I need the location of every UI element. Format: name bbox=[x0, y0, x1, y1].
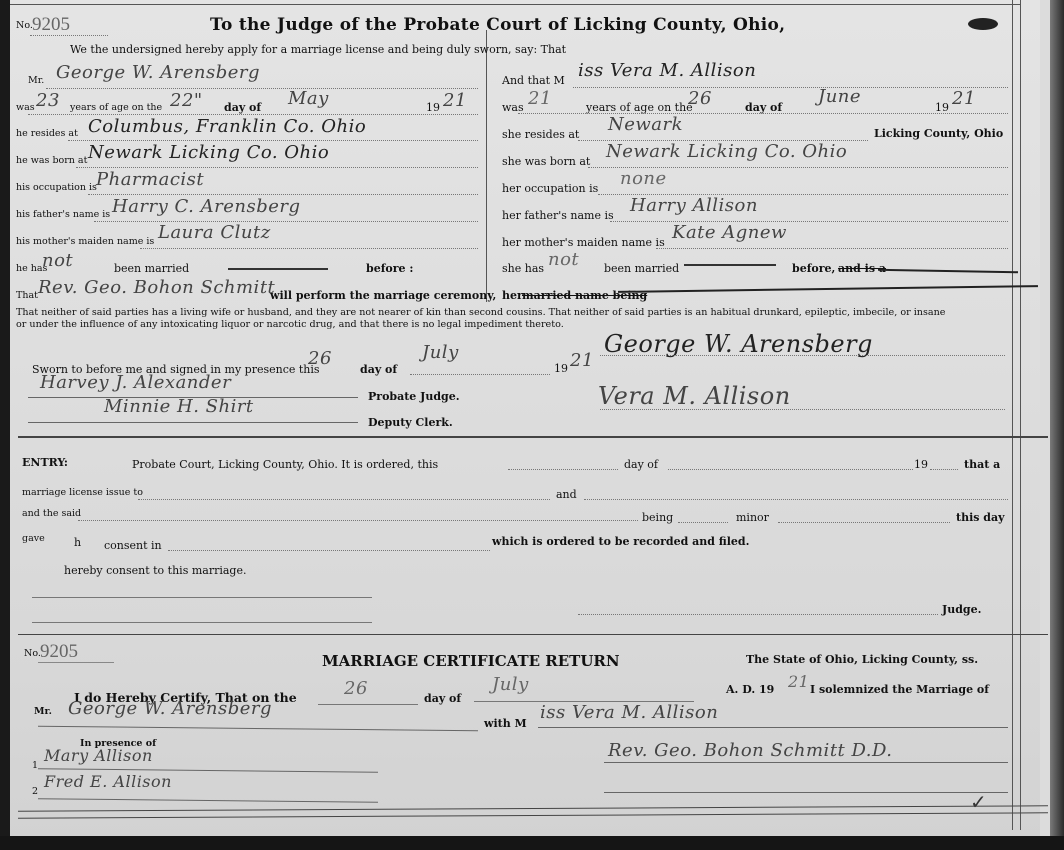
groom-day: 22" bbox=[170, 90, 203, 111]
judge-signature: Harvey J. Alexander bbox=[40, 372, 231, 393]
bride-mother: Kate Agnew bbox=[672, 222, 787, 243]
bride-residence: Newark bbox=[608, 114, 683, 135]
certificate-day: 26 bbox=[344, 678, 368, 699]
groom-prefix: Mr. bbox=[28, 75, 44, 86]
officiant-name: Rev. Geo. Bohon Schmitt bbox=[38, 277, 275, 298]
entry-line1-b: day of bbox=[624, 458, 658, 471]
page-edge-shadow bbox=[1050, 0, 1064, 850]
witness-2-name: Fred E. Allison bbox=[44, 772, 172, 791]
bride-occupation: none bbox=[620, 168, 667, 189]
certificate-ad-label: A. D. 19 bbox=[726, 683, 774, 696]
entry-line4-a: gave bbox=[22, 533, 45, 544]
entry-consent: hereby consent to this marriage. bbox=[64, 564, 246, 577]
groom-was-label: was bbox=[16, 102, 35, 113]
bride-been-married: been married bbox=[604, 262, 679, 275]
entry-line1-d: that a bbox=[964, 458, 1000, 471]
right-margin-rule bbox=[1012, 0, 1013, 830]
certificate-month: July bbox=[492, 674, 529, 695]
sworn-year: 21 bbox=[570, 350, 594, 371]
certificate-year: 21 bbox=[788, 672, 809, 691]
entry-line3-c: minor bbox=[736, 511, 769, 524]
groom-occupation: Pharmacist bbox=[96, 169, 204, 190]
sworn-day: 26 bbox=[308, 348, 332, 369]
sworn-year-prefix: 19 bbox=[554, 362, 568, 375]
entry-label: ENTRY: bbox=[22, 456, 68, 469]
right-margin-rule-2 bbox=[1020, 0, 1021, 830]
top-rule bbox=[8, 4, 1020, 5]
clerk-signature: Minnie H. Shirt bbox=[104, 396, 254, 417]
bride-married-value: not bbox=[548, 249, 579, 270]
groom-resides-label: he resides at bbox=[16, 128, 78, 139]
entry-line1-a: Probate Court, Licking County, Ohio. It … bbox=[132, 458, 438, 471]
bride-age: 21 bbox=[528, 88, 552, 109]
witness-1-index: 1 bbox=[32, 760, 38, 771]
certificate-number-label: No. bbox=[24, 648, 41, 659]
column-divider bbox=[486, 30, 487, 302]
groom-father-label: his father's name is bbox=[16, 209, 110, 220]
certificate-with-label: with M bbox=[484, 717, 527, 730]
groom-before: before : bbox=[366, 262, 413, 275]
bride-resides-label: she resides at bbox=[502, 128, 579, 141]
bride-mother-label: her mother's maiden name is bbox=[502, 236, 665, 249]
affidavit-line-2: or under the influence of any intoxicati… bbox=[16, 319, 564, 330]
entry-line2-a: marriage license issue to bbox=[22, 487, 143, 498]
application-intro: We the undersigned hereby apply for a ma… bbox=[70, 43, 566, 56]
bride-father-label: her father's name is bbox=[502, 209, 614, 222]
binding-edge bbox=[0, 0, 10, 850]
certificate-state: The State of Ohio, Licking County, ss. bbox=[746, 653, 978, 666]
bride-before: before, bbox=[792, 262, 835, 275]
entry-line4-d: which is ordered to be recorded and file… bbox=[492, 535, 749, 548]
certificate-day-label: day of bbox=[424, 692, 461, 705]
groom-year: 21 bbox=[443, 90, 467, 111]
witness-1-name: Mary Allison bbox=[44, 746, 153, 765]
groom-signature: George W. Arensberg bbox=[604, 330, 873, 358]
officiant-signature: Rev. Geo. Bohon Schmitt D.D. bbox=[608, 740, 893, 761]
certificate-groom-prefix: Mr. bbox=[34, 706, 52, 717]
entry-line4-c: consent in bbox=[104, 539, 162, 552]
entry-judge-label: Judge. bbox=[942, 603, 981, 616]
groom-mother: Laura Clutz bbox=[158, 222, 271, 243]
certificate-number: 9205 bbox=[40, 641, 78, 663]
entry-line3-b: being bbox=[642, 511, 673, 524]
seal-ornament-icon bbox=[968, 18, 998, 30]
certificate-groom: George W. Arensberg bbox=[68, 698, 272, 719]
entry-line3-d: this day bbox=[956, 511, 1005, 524]
application-number-label: No. bbox=[16, 20, 33, 31]
clerk-label: Deputy Clerk. bbox=[368, 416, 453, 429]
bride-birthplace: Newark Licking Co. Ohio bbox=[606, 141, 847, 162]
groom-birthplace: Newark Licking Co. Ohio bbox=[88, 142, 329, 163]
entry-line1-c: 19 bbox=[914, 458, 928, 471]
bride-month: June bbox=[818, 86, 861, 107]
officiant-suffix: will perform the marriage ceremony, bbox=[270, 289, 496, 302]
groom-mother-label: his mother's maiden name is bbox=[16, 236, 154, 247]
groom-residence: Columbus, Franklin Co. Ohio bbox=[88, 116, 366, 137]
bride-married-name-label: her bbox=[502, 289, 523, 302]
officiant-prefix: That bbox=[16, 290, 38, 301]
sworn-day-label: day of bbox=[360, 363, 397, 376]
groom-occupation-label: his occupation is bbox=[16, 182, 97, 193]
application-title: To the Judge of the Probate Court of Lic… bbox=[210, 15, 785, 35]
groom-born-label: he was born at bbox=[16, 155, 87, 166]
groom-been-married: been married bbox=[114, 262, 189, 275]
bride-prefix: And that M bbox=[502, 74, 565, 87]
bride-year: 21 bbox=[952, 88, 976, 109]
witness-2-index: 2 bbox=[32, 786, 38, 797]
bride-signature: Vera M. Allison bbox=[598, 382, 791, 410]
sworn-month: July bbox=[422, 342, 459, 363]
groom-day-label: day of bbox=[224, 101, 261, 114]
certificate-bride: iss Vera M. Allison bbox=[540, 702, 718, 723]
certificate-title: MARRIAGE CERTIFICATE RETURN bbox=[322, 652, 620, 670]
affidavit-line-1: That neither of said parties has a livin… bbox=[16, 307, 945, 318]
check-mark-icon: ✓ bbox=[970, 790, 987, 814]
groom-month: May bbox=[288, 88, 329, 109]
entry-line4-b: h bbox=[74, 536, 81, 549]
judge-label: Probate Judge. bbox=[368, 390, 460, 403]
bottom-shadow bbox=[0, 836, 1064, 850]
entry-line3-a: and the said bbox=[22, 508, 81, 519]
bride-born-label: she was born at bbox=[502, 155, 590, 168]
groom-married-value: not bbox=[42, 250, 73, 271]
application-number: 9205 bbox=[32, 14, 70, 36]
bride-occupation-label: her occupation is bbox=[502, 182, 598, 195]
bride-day: 26 bbox=[688, 88, 712, 109]
groom-name: George W. Arensberg bbox=[56, 62, 260, 83]
bride-has-label: she has bbox=[502, 262, 544, 275]
groom-years-label: years of age on the bbox=[70, 102, 162, 113]
groom-father: Harry C. Arensberg bbox=[112, 196, 301, 217]
groom-year-prefix: 19 bbox=[426, 101, 440, 114]
solemnized-label: I solemnized the Marriage of bbox=[810, 683, 989, 696]
entry-line2-b: and bbox=[556, 488, 577, 501]
bride-county-suffix: Licking County, Ohio bbox=[874, 127, 1003, 140]
bride-father: Harry Allison bbox=[630, 195, 758, 216]
bride-name: iss Vera M. Allison bbox=[578, 60, 756, 81]
marriage-record-page: No. 9205 To the Judge of the Probate Cou… bbox=[8, 0, 1040, 850]
groom-age: 23 bbox=[36, 90, 60, 111]
